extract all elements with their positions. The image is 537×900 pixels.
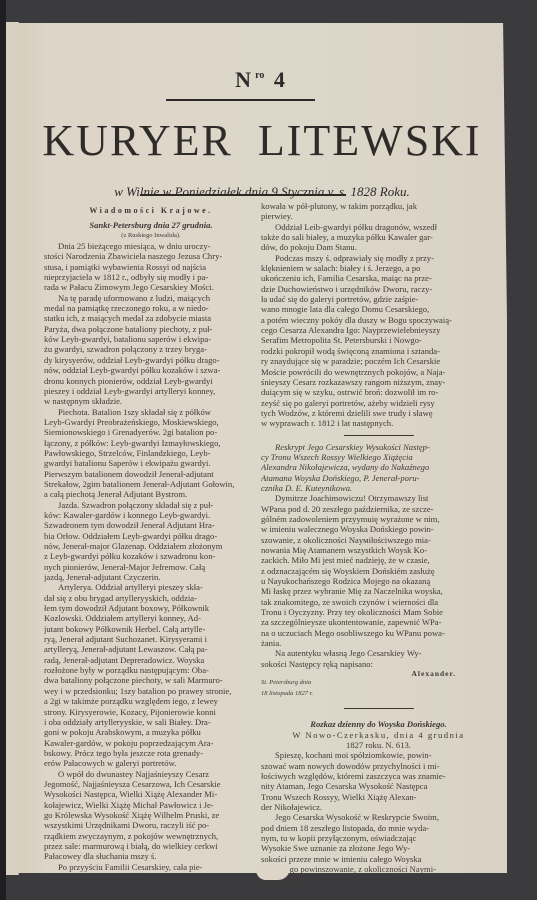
rescript-body: Dymitrze Joachimowiczu! Otrzymawszy list… xyxy=(261,493,496,648)
text-line: duiącym się w szyku, ostrwić broń: dozwo… xyxy=(261,387,496,397)
issue-number: Nro 4 xyxy=(17,67,507,93)
section-divider xyxy=(344,435,414,436)
signature: Alexander. xyxy=(261,669,496,679)
text-line: łączony, z półków: Leyb-gwardyi Izmayłow… xyxy=(44,438,258,448)
text-line: wszystkimi Urzędnikami Dworu, raczyli iś… xyxy=(44,820,258,830)
text-line: Serafim Metropolita St. Petersburski i N… xyxy=(261,335,496,345)
text-line: nity Ataman, Jego Cesarska Wysokość Nast… xyxy=(261,781,496,791)
text-line: w imieniu walecznego Woyska Dońskiego po… xyxy=(261,524,496,534)
text-line: także do sali białey, a muzyka półku Kaw… xyxy=(261,232,496,242)
text-line: Kawaler-gardów, w pokoju poprzedzającym … xyxy=(44,738,258,748)
text-line: dów, do pokoju Dam Stanu. xyxy=(261,242,496,252)
text-line: śnieyszy Cesarz rozkazawszy rangom niższ… xyxy=(261,377,496,387)
text-line: Alexandra Nikołajewicza, wydany do Nakaź… xyxy=(261,462,496,472)
text-line: dzie Duchowieństwo i urzędników Dworu, r… xyxy=(261,284,496,294)
text-line: Na autentyku własną Jego Cesarskiey Wy- xyxy=(261,648,496,658)
text-line: cy Tronu Wszech Rossyy Wielkiego Xiążęci… xyxy=(261,452,496,462)
page-mark: 1 xyxy=(261,891,496,900)
text-line: szować wam nowych dowodów przychylności … xyxy=(261,761,496,771)
text-line: Dońskiego powinszowanie, z okoliczności … xyxy=(261,864,496,874)
text-line: Dymitrze Joachimowiczu! Otrzymawszy list xyxy=(261,493,496,503)
text-line: ryą, Jenerał adjutant Suchozanet. Kirysy… xyxy=(44,634,258,644)
text-line: Jegomość, Najjaśnieysza Cesarzowa, Ich C… xyxy=(44,779,258,789)
text-line: łem tym dowodził Adjutant boxowy, Półkow… xyxy=(44,603,258,613)
text-line: Atamana Woyska Dońskiego, P. Jenerał-por… xyxy=(261,473,496,483)
text-line: Tronu i Oyczyzny. Przy tey okoliczności … xyxy=(261,607,496,617)
order-body: Spieszę, kochani moi spółziomkowie, powi… xyxy=(261,750,496,884)
text-line: O wpół do dwunastey Najjaśnieyszy Cesarz xyxy=(44,769,258,779)
newspaper-title: KURYER LITEWSKI xyxy=(17,115,507,166)
text-line: gólném zadowoleniem przyymuię wyrażone w… xyxy=(261,514,496,524)
text-line: żania. xyxy=(261,638,496,648)
text-line: medal na pamiątkę rzeczonego roku, a w n… xyxy=(44,303,258,313)
text-line: i oba oddziały artylleryyskie, w sali Bi… xyxy=(44,717,258,727)
text-line: a całą piechotą Jenerał Adjutant Bystrom… xyxy=(44,489,258,499)
text-line: cego Cesarza Alexandra Igo: Nayprzewiele… xyxy=(261,325,496,335)
text-line: jutant bokowy Półkownik Herbel. Całą art… xyxy=(44,624,258,634)
text-line: cznika D. E. Kuteynikowa. xyxy=(261,483,496,493)
text-line: a 2gi w takimże porządku względem iego, … xyxy=(44,696,258,706)
text-line: Kozlowski. Oddziałem artyllеryi konney, … xyxy=(44,613,258,623)
text-line: jazdą, Jenerał-adjutant Czyczerin. xyxy=(44,572,258,582)
text-line: Na tę paradę uformowano z ludzi, maiącyc… xyxy=(44,293,258,303)
section-heading: Wiadomości Krajowe. xyxy=(44,206,258,216)
article-dateline: Sankt-Petersburg dnia 27 grudnia. xyxy=(44,220,258,230)
text-line: Pałacowey dla słuchania mszy ś. xyxy=(44,851,258,861)
text-line: Jego Cesarska Wysokość w Reskrypcie Swoi… xyxy=(261,812,496,822)
text-line: na o uczuciach Mego osobliwszego ku WPan… xyxy=(261,628,496,638)
text-line: ków: Kawaler-gardów i konnego Leyb-gward… xyxy=(44,510,258,520)
text-line: nym, tu w kopii przyłączonym, oświadczaj… xyxy=(261,833,496,843)
text-line: ków Leyb-gwardyi, batalionu saperów i ek… xyxy=(44,334,258,344)
text-line: statku ich, z maiących medal za zdobycie… xyxy=(44,313,258,323)
text-line: zeyść się po galeryi portretów, ażeby wi… xyxy=(261,398,496,408)
order-place: W Nowo-Czerkasku, dnia 4 grudnia xyxy=(261,730,496,740)
text-line: rozłożone były w porządku następującym: … xyxy=(44,665,258,675)
text-line: ukończeniu ich, Familia Cesarska, maiąc … xyxy=(261,273,496,283)
authentic-note: Na autentyku własną Jego Cesarskiey Wy-s… xyxy=(261,648,496,669)
text-line: Szwadronem tym dowodził Jenerał Adjutant… xyxy=(44,520,258,530)
text-line: Piechota. Batalion 1szy składał się z pó… xyxy=(44,407,258,417)
text-line: Leyb-Gwardyi Preobrażeńskiego, Moskiewsk… xyxy=(44,417,258,427)
text-line: tak znakomitego, ze swoich czynów i wier… xyxy=(261,597,496,607)
text-line: WPana pod d. 20 zeszłego października, z… xyxy=(261,504,496,514)
text-line: artylleryą, Jenerał-adjutant Lewaszow. C… xyxy=(44,644,258,654)
text-line: Reskrypt Jego Cesarskiey Wysokości Nastę… xyxy=(261,442,496,452)
text-line: pierwiey. xyxy=(261,211,496,221)
text-line: u Nayukochańszego Rodzica Mojego na okaz… xyxy=(261,576,496,586)
text-line: Pierwszym batalionem dowodził Jenerał-ad… xyxy=(44,469,258,479)
text-line: pieszey i oddział Leyb-gwardyi artyllеry… xyxy=(44,386,258,396)
text-line: nych pionierów, Jenerał-Major Jefremow. … xyxy=(44,562,258,572)
text-line: stusa, i pamiątki wybawienia Rossyi od n… xyxy=(44,262,258,272)
text-line: łościwszego mianowania Jego Cesarskiey W… xyxy=(261,874,496,884)
article-source: (z Ruskiego Inwalida). xyxy=(44,231,258,241)
text-line: przez sale: marmurową i białą, do wielki… xyxy=(44,841,258,851)
text-line: łościwych względów, któremi zaszczyca wa… xyxy=(261,771,496,781)
left-column: Wiadomości Krajowe. Sankt-Petersburg dni… xyxy=(44,206,258,882)
text-line: zackich. Miło Mi jest mieć nadzieję, że … xyxy=(261,555,496,565)
text-line: Wysokości Następca, Wielki Xiążę Alexand… xyxy=(44,789,258,799)
text-line: Po przyyściu Familii Cesarskiey, cała pi… xyxy=(44,862,258,872)
text-line: Wysokie Swe uznanie za złożone Jego Wy- xyxy=(261,843,496,853)
masthead-rule-bottom xyxy=(140,194,346,196)
text-line: w wyprawach r. 1812 i lat następnych. xyxy=(261,418,496,428)
text-line: z odznaczającém się Woyskiem Dońskiém za… xyxy=(261,566,496,576)
text-line: gwardyi batalionu Saperów i ekwipażu gwa… xyxy=(44,458,258,468)
text-line: wano mnogie lata dla całego Domu Cesarsk… xyxy=(261,304,496,314)
text-line: nowania Mię Atamanem wszystkich Woysk Ko… xyxy=(261,545,496,555)
text-line: tych Wodzów, z któremi dzielili swe trud… xyxy=(261,408,496,418)
text-line: dy kirysyerów, oddział Leyb-gwardyi półk… xyxy=(44,355,258,365)
text-line: der Nikołajewicz. xyxy=(261,802,496,812)
text-line: dał się z obu brygad artyllеryyskich, od… xyxy=(44,593,258,603)
text-line: Paryża, dwa połączone bataliony piechoty… xyxy=(44,324,258,334)
text-line: ry znaydujące się w paradzie; poczém Ich… xyxy=(261,356,496,366)
order-year: 1827 roku. N. 613. xyxy=(261,740,496,750)
right-column: kowała w pół-plutony, w takim porządku, … xyxy=(261,201,496,900)
text-line: St. Petersburg dnia xyxy=(261,679,496,689)
text-line: kołajewicz, Wielki Xiążę Michał Pawłowic… xyxy=(44,800,258,810)
text-line: Dnia 25 bieżącego miesiąca, w dniu urocz… xyxy=(44,241,258,251)
text-line: Moście powrócili do wewnętrznych pokojów… xyxy=(261,367,496,377)
text-line: rządkiem zwyczaynym, z pokojów wewnętrzn… xyxy=(44,831,258,841)
text-line: klęknieniem w salach: białey i ś. Jerzeg… xyxy=(261,263,496,273)
text-line: Strekałow, 2gim batalionem Jenerał-Adjut… xyxy=(44,479,258,489)
right-article-continuation: kowała w pół-plutony, w takim porządku, … xyxy=(261,201,496,429)
text-line: dronu konnych pionierów, oddział Leyb-gw… xyxy=(44,376,258,386)
issue-sup: ro xyxy=(255,70,264,81)
text-line: z Leyb-gwardyi półku kozaków i szwadronu… xyxy=(44,551,258,561)
text-line: szowanie, z okoliczności Nayмiłościwszeg… xyxy=(261,535,496,545)
text-line: Oddział Leib-gwardyi półku dragonów, wsz… xyxy=(261,222,496,232)
text-line: żu gwardyi, szwadron połączony z trzey b… xyxy=(44,344,258,354)
text-line: za szczególnieysze ukontentowanie, zapew… xyxy=(261,617,496,627)
text-line: pod dniem 18 zeszłego listopada, do mnie… xyxy=(261,823,496,833)
text-line: go Królewska Wysokość Xiążę Wilhelm Prus… xyxy=(44,810,258,820)
text-line: nieprzyjaciela w 1812 r., odbyły się mod… xyxy=(44,272,258,282)
text-line: stości Narodzenia Zbawiciela naszego Jez… xyxy=(44,251,258,261)
text-line: nów, oddział Leyb-gwardyi półku kozaków … xyxy=(44,365,258,375)
text-line: Tronu Wszech Rossyy, Wielki Xiążę Alexan… xyxy=(261,792,496,802)
text-line: bia Orłow. Oddziałem Leyb-gwardyi półku … xyxy=(44,531,258,541)
text-line: wey i w przedsionku; 1szy batalion po pr… xyxy=(44,686,258,696)
text-line: Artylerya. Oddział artyllеryi pieszey sk… xyxy=(44,582,258,592)
text-line: Jazda. Szwadron połączony składał się z … xyxy=(44,500,258,510)
text-line: w następnym składzie. xyxy=(44,396,258,406)
text-line: erów Pałacowych w galeryi portretów. xyxy=(44,758,258,768)
text-line: bskowy. Prócz tego była jeszcze rota gre… xyxy=(44,748,258,758)
text-line: sokości Następcy ręką napisano: xyxy=(261,659,496,669)
masthead-rule-top xyxy=(166,99,315,101)
text-line: nów, Jenerał-major Glazenap. Oddziałem z… xyxy=(44,541,258,551)
text-line: 18 listopada 1827 r. xyxy=(261,690,496,700)
dateline: w Wilnie w Poniedziałek dnia 9 Stycznia … xyxy=(17,184,507,200)
text-line: sokości przeze mnie w imieniu całego Woy… xyxy=(261,854,496,864)
text-line: radą, Jenerał-adjutant Depreradowicz. Wo… xyxy=(44,655,258,665)
text-line: Mi łaskę przez wybranie Mię za Naczelnik… xyxy=(261,586,496,596)
text-line: strony. Kirysyerowie, Kozacy, Pijonierow… xyxy=(44,707,258,717)
text-line: Pawłowskiego, Strzelców, Finlandzkiego, … xyxy=(44,448,258,458)
text-line: goni w pokoju Arabskowym, a muzyka półku xyxy=(44,727,258,737)
text-line: Podczas mszy ś. odprawiały się modły z p… xyxy=(261,253,496,263)
text-line: chota przeszła do sali ś. Jerzego, gdzie… xyxy=(44,872,258,882)
rescript-heading: Reskrypt Jego Cesarskiey Wysokości Nastę… xyxy=(261,442,496,494)
left-article-body: Dnia 25 bieżącego miesiąca, w dniu urocz… xyxy=(44,241,258,882)
section-divider-2 xyxy=(344,708,414,709)
issue-number-value: 4 xyxy=(274,67,289,92)
text-line: ła udać się do galeryi portretów, gdzie … xyxy=(261,294,496,304)
place-date: St. Petersburg dnia18 listopada 1827 r. xyxy=(261,679,496,700)
text-line: a potém wieczny pokóy dla duszy w Bogu s… xyxy=(261,315,496,325)
text-line: Siemionowskiego i Grenadyerów. 2gi batal… xyxy=(44,427,258,437)
text-line: rodzki pokropił wodą święconą znamiona i… xyxy=(261,346,496,356)
text-line: Spieszę, kochani moi spółziomkowie, powi… xyxy=(261,750,496,760)
issue-prefix: N xyxy=(235,67,255,92)
text-line: kowała w pół-plutony, w takim porządku, … xyxy=(261,201,496,211)
order-heading: Rozkaz dzienny do Woyska Dońskiego. xyxy=(261,719,496,729)
text-line: dwa bataliony połączone piechoty, w sali… xyxy=(44,675,258,685)
text-line: rada w Pałacu Zimowym Jego Cesarskiey Mo… xyxy=(44,282,258,292)
newspaper-page: Nro 4 KURYER LITEWSKI w Wilnie w Poniedz… xyxy=(17,23,507,873)
